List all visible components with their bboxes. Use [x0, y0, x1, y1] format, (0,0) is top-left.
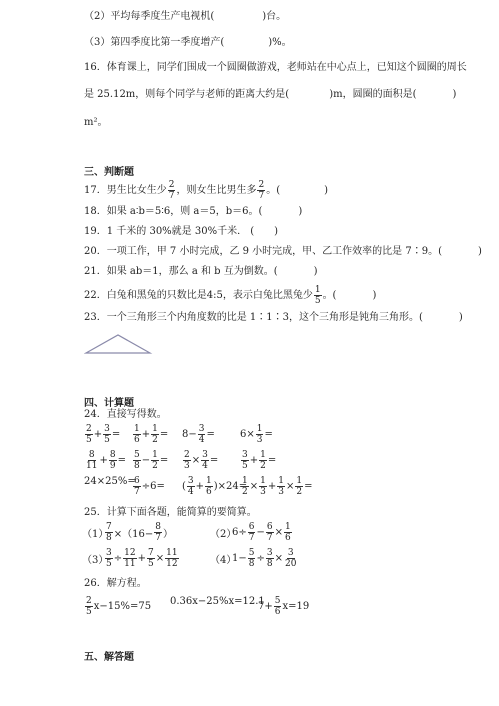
denominator: 3 — [256, 435, 264, 445]
denominator: 12 — [165, 559, 178, 569]
q-text: 如果 a∶b＝5∶6，则 a＝5，b＝6。( — [107, 206, 263, 217]
numerator: 11 — [165, 548, 178, 559]
numerator: 5 — [133, 450, 141, 461]
q15-2-text: （2）平均每季度生产电视机( — [84, 11, 214, 22]
fraction: 12 — [295, 476, 303, 497]
denominator: 8 — [133, 461, 141, 471]
fraction: 811 — [85, 450, 98, 471]
q24-problem: 25+35= — [84, 424, 120, 445]
q15-3-text: （3）第四季度比第一季度增产( — [84, 37, 224, 48]
expr-text: = — [112, 429, 120, 440]
q26-equation: 0.36x−25%x=12.1 — [170, 596, 265, 607]
q24-problem: 35+12= — [240, 450, 276, 471]
fraction: 34 — [187, 476, 195, 497]
q-text: 。( — [266, 185, 280, 196]
q25-problem: （4）1−58÷38×320 — [232, 548, 298, 569]
fraction: 25 — [85, 596, 93, 617]
denominator: 7 — [257, 191, 265, 201]
numerator: 8 — [154, 522, 162, 533]
numerator: 6 — [248, 522, 256, 533]
paren: ) — [298, 206, 302, 217]
denominator: 7 — [266, 533, 274, 543]
expr-text: ÷ — [114, 553, 122, 564]
paren: ) — [478, 246, 482, 257]
fraction: 27 — [257, 180, 265, 201]
expr-text: × — [250, 481, 258, 492]
expr-text: = — [264, 429, 272, 440]
q26-title: 26．解方程。 — [84, 577, 147, 591]
fraction: 13 — [259, 476, 267, 497]
q-num: 17． — [84, 185, 107, 196]
q-text: 。( — [323, 290, 337, 301]
q-text: 一项工作，甲 7 小时完成，乙 9 小时完成，甲、乙工作效率的比是 7∶9。( — [107, 246, 442, 257]
q24-title: 24．直接写得数。 — [84, 408, 167, 422]
q21: 21．如果 ab＝1，那么 a 和 b 互为倒数。() — [84, 265, 318, 279]
q-num: 22． — [84, 290, 107, 301]
denominator: 20 — [284, 559, 297, 569]
expr-text: = — [304, 481, 312, 492]
q26-equation: 25x−15%=75 — [84, 596, 151, 617]
fraction: 67 — [266, 522, 274, 543]
q15-2: （2）平均每季度生产电视机()台。 — [84, 10, 286, 24]
numerator: 1 — [277, 476, 285, 487]
numerator: 1 — [284, 522, 292, 533]
expr-text: × — [156, 553, 164, 564]
fraction: 15 — [314, 285, 322, 306]
expr-text: ÷6= — [142, 481, 165, 492]
q25-label: （1） — [82, 525, 108, 540]
expr-text: − — [142, 455, 150, 466]
q-text: 男生比女生少 — [107, 185, 167, 196]
denominator: 11 — [123, 559, 136, 569]
fraction: 1112 — [165, 548, 178, 569]
q-num: 23． — [84, 312, 107, 323]
q22: 22．白兔和黑兔的只数比是4:5，表示白兔比黑兔少15。() — [84, 285, 376, 306]
paren: ) — [459, 312, 463, 323]
denominator: 2 — [151, 435, 159, 445]
fraction: 16 — [205, 476, 213, 497]
obtuse-triangle-figure — [84, 332, 154, 356]
q18: 18．如果 a∶b＝5∶6，则 a＝5，b＝6。() — [84, 205, 302, 219]
q15-3-suffix: )%。 — [268, 37, 291, 48]
q25-title: 25．计算下面各题，能简算的要简算。 — [84, 506, 257, 520]
q16-text-b: )m，圆圈的面积是( — [329, 89, 416, 100]
paren: ) — [324, 185, 328, 196]
numerator: 1 — [241, 476, 249, 487]
q15-3: （3）第四季度比第一季度增产()%。 — [84, 36, 292, 50]
fraction: 75 — [147, 548, 155, 569]
numerator: 1 — [259, 476, 267, 487]
q26-equation: 7+56x=19 — [258, 596, 309, 617]
numerator: 3 — [287, 548, 295, 559]
fraction: 13 — [256, 424, 264, 445]
numerator: 1 — [133, 424, 141, 435]
numerator: 3 — [266, 548, 274, 559]
numerator: 5 — [274, 596, 282, 607]
fraction: 58 — [133, 450, 141, 471]
fraction: 67 — [133, 476, 141, 497]
denominator: 2 — [151, 461, 159, 471]
numerator: 1 — [295, 476, 303, 487]
expr-text: ( — [182, 481, 186, 492]
expr-text: = — [160, 455, 168, 466]
numerator: 5 — [248, 548, 256, 559]
expr-text: = — [210, 455, 218, 466]
denominator: 5 — [103, 435, 111, 445]
section-title-answer: 五、解答题 — [84, 648, 134, 663]
fraction: 12 — [151, 424, 159, 445]
denominator: 3 — [183, 461, 191, 471]
fraction: 34 — [198, 424, 206, 445]
fraction: 87 — [154, 522, 162, 543]
fraction: 12 — [151, 450, 159, 471]
fraction: 35 — [241, 450, 249, 471]
q24-problem: 24×25%= — [84, 476, 136, 487]
denominator: 7 — [168, 191, 176, 201]
q-text: ，则女生比男生多 — [176, 185, 256, 196]
expr-text: + — [99, 455, 107, 466]
numerator: 6 — [133, 476, 141, 487]
expr-text: ÷ — [256, 553, 264, 564]
expr-text: = — [160, 429, 168, 440]
fraction: 16 — [284, 522, 292, 543]
expr-text: = — [118, 455, 126, 466]
numerator: 2 — [257, 180, 265, 191]
denominator: 2 — [259, 461, 267, 471]
fraction: 34 — [201, 450, 209, 471]
q25-label: （3） — [82, 551, 108, 566]
numerator: 3 — [201, 450, 209, 461]
q24-problem: 58−12= — [132, 450, 168, 471]
denominator: 6 — [133, 435, 141, 445]
fraction: 12 — [259, 450, 267, 471]
q20: 20．一项工作，甲 7 小时完成，乙 9 小时完成，甲、乙工作效率的比是 7∶9… — [84, 245, 482, 259]
expr-text: − — [256, 527, 264, 538]
q24-problem: 67÷6= — [132, 476, 165, 497]
numerator: 6 — [266, 522, 274, 533]
numerator: 8 — [88, 450, 96, 461]
denominator: 11 — [85, 461, 98, 471]
q-text: 1 千米的 30%就是 30%千米． ( — [107, 226, 254, 237]
numerator: 1 — [151, 450, 159, 461]
numerator: 1 — [314, 285, 322, 296]
denominator: 4 — [201, 461, 209, 471]
denominator: 2 — [241, 487, 249, 497]
numerator: 3 — [103, 424, 111, 435]
expr-text: 8− — [182, 429, 197, 440]
q23: 23．一个三角形三个内角度数的比是 1∶1∶3，这个三角形是钝角三角形。() — [84, 311, 463, 325]
denominator: 7 — [154, 533, 162, 543]
expr-text: + — [94, 429, 102, 440]
expr-text: × — [192, 455, 200, 466]
q24-problem: 6×13= — [240, 424, 273, 445]
q15-2-suffix: )台。 — [262, 11, 286, 22]
numerator: 1 — [205, 476, 213, 487]
q25-problem: （1）78×（16−87） — [104, 522, 173, 543]
denominator: 5 — [241, 461, 249, 471]
fraction: 38 — [266, 548, 274, 569]
denominator: 4 — [198, 435, 206, 445]
q16-line2: 是 25.12m，则每个同学与老师的距离大约是()m，圆圈的面积是() — [84, 88, 456, 102]
numerator: 2 — [183, 450, 191, 461]
numerator: 8 — [109, 450, 117, 461]
numerator: 1 — [151, 424, 159, 435]
denominator: 8 — [248, 559, 256, 569]
fraction: 27 — [168, 180, 176, 201]
expr-text: = — [268, 455, 276, 466]
q25-problem: （3）35÷1211+75×1112 — [104, 548, 180, 569]
denominator: 8 — [266, 559, 274, 569]
q24-problem: 23×34= — [182, 450, 218, 471]
q-text: 白兔和黑兔的只数比是4:5，表示白兔比黑兔少 — [107, 290, 313, 301]
numerator: 7 — [147, 548, 155, 559]
expr-text: = — [206, 429, 214, 440]
numerator: 3 — [241, 450, 249, 461]
q16-line1: 16．体育课上，同学们围成一个圆圈做游戏，老师站在中心点上，已知这个圆圈的周长 — [84, 61, 467, 75]
denominator: 5 — [314, 296, 322, 306]
expr-text: × — [275, 553, 283, 564]
expr-text: 24×25%= — [84, 476, 136, 487]
fraction: 35 — [103, 424, 111, 445]
fraction: 23 — [183, 450, 191, 471]
fraction: 25 — [85, 424, 93, 445]
denominator: 6 — [284, 533, 292, 543]
fraction: 67 — [248, 522, 256, 543]
q24-problem: 8−34= — [182, 424, 215, 445]
expr-text: 6× — [240, 429, 255, 440]
paren: ) — [372, 290, 376, 301]
denominator: 7 — [133, 487, 141, 497]
denominator: 3 — [277, 487, 285, 497]
fraction: 58 — [248, 548, 256, 569]
paren: ) — [314, 266, 318, 277]
q16-text-a: 是 25.12m，则每个同学与老师的距离大约是( — [84, 89, 289, 100]
expr-text: + — [268, 481, 276, 492]
denominator: 9 — [109, 461, 117, 471]
q25-label: （4） — [210, 551, 236, 566]
fraction: 16 — [133, 424, 141, 445]
section-title-calculation: 四、计算题 — [84, 394, 134, 409]
fraction: 56 — [274, 596, 282, 617]
expr-text: ） — [163, 525, 173, 540]
fraction: 12 — [241, 476, 249, 497]
q-num: 20． — [84, 246, 107, 257]
q-text: 如果 ab＝1，那么 a 和 b 互为倒数。( — [107, 266, 278, 277]
q24-problem: 16+12= — [132, 424, 168, 445]
q25-label: （2） — [210, 525, 236, 540]
numerator: 2 — [168, 180, 176, 191]
numerator: 3 — [198, 424, 206, 435]
expr-text: x−15%=75 — [94, 601, 151, 612]
q25-problem: （2）6÷67−67×16 — [232, 522, 293, 543]
q24-problem: 12×13+13×12= — [240, 476, 313, 497]
denominator: 5 — [147, 559, 155, 569]
paren: ) — [274, 226, 278, 237]
section-title-judgement: 三、判断题 — [84, 163, 134, 178]
denominator: 3 — [259, 487, 267, 497]
denominator: 7 — [248, 533, 256, 543]
fraction: 89 — [109, 450, 117, 471]
q19: 19．1 千米的 30%就是 30%千米． () — [84, 225, 278, 239]
numerator: 1 — [259, 450, 267, 461]
denominator: 5 — [85, 607, 93, 617]
expr-text: + — [196, 481, 204, 492]
numerator: 1 — [256, 424, 264, 435]
expr-text: x=19 — [282, 601, 309, 612]
q16-text-c: ) — [453, 89, 457, 100]
fraction: 320 — [284, 548, 297, 569]
expr-text: + — [142, 429, 150, 440]
q16-line3: m²。 — [84, 116, 108, 130]
expr-text: × — [275, 527, 283, 538]
numerator: 2 — [85, 596, 93, 607]
numerator: 12 — [123, 548, 136, 559]
numerator: 3 — [187, 476, 195, 487]
expr-text: ×（16− — [114, 525, 153, 540]
denominator: 5 — [85, 435, 93, 445]
denominator: 6 — [274, 607, 282, 617]
denominator: 6 — [205, 487, 213, 497]
expr-text: × — [286, 481, 294, 492]
expr-text: + — [138, 553, 146, 564]
q-num: 19． — [84, 226, 107, 237]
q-num: 21． — [84, 266, 107, 277]
fraction: 1211 — [123, 548, 136, 569]
q-text: 一个三角形三个内角度数的比是 1∶1∶3，这个三角形是钝角三角形。( — [107, 312, 423, 323]
q24-problem: 811+89= — [84, 450, 126, 471]
fraction: 13 — [277, 476, 285, 497]
denominator: 2 — [295, 487, 303, 497]
q-num: 18． — [84, 206, 107, 217]
expr-text: + — [250, 455, 258, 466]
q17: 17．男生比女生少27，则女生比男生多27。() — [84, 180, 328, 201]
denominator: 4 — [187, 487, 195, 497]
numerator: 2 — [85, 424, 93, 435]
expr-text: 7+ — [258, 601, 273, 612]
expr-text: 0.36x−25%x=12.1 — [170, 596, 265, 607]
q24-problem: (34+16)×24= — [182, 476, 247, 497]
